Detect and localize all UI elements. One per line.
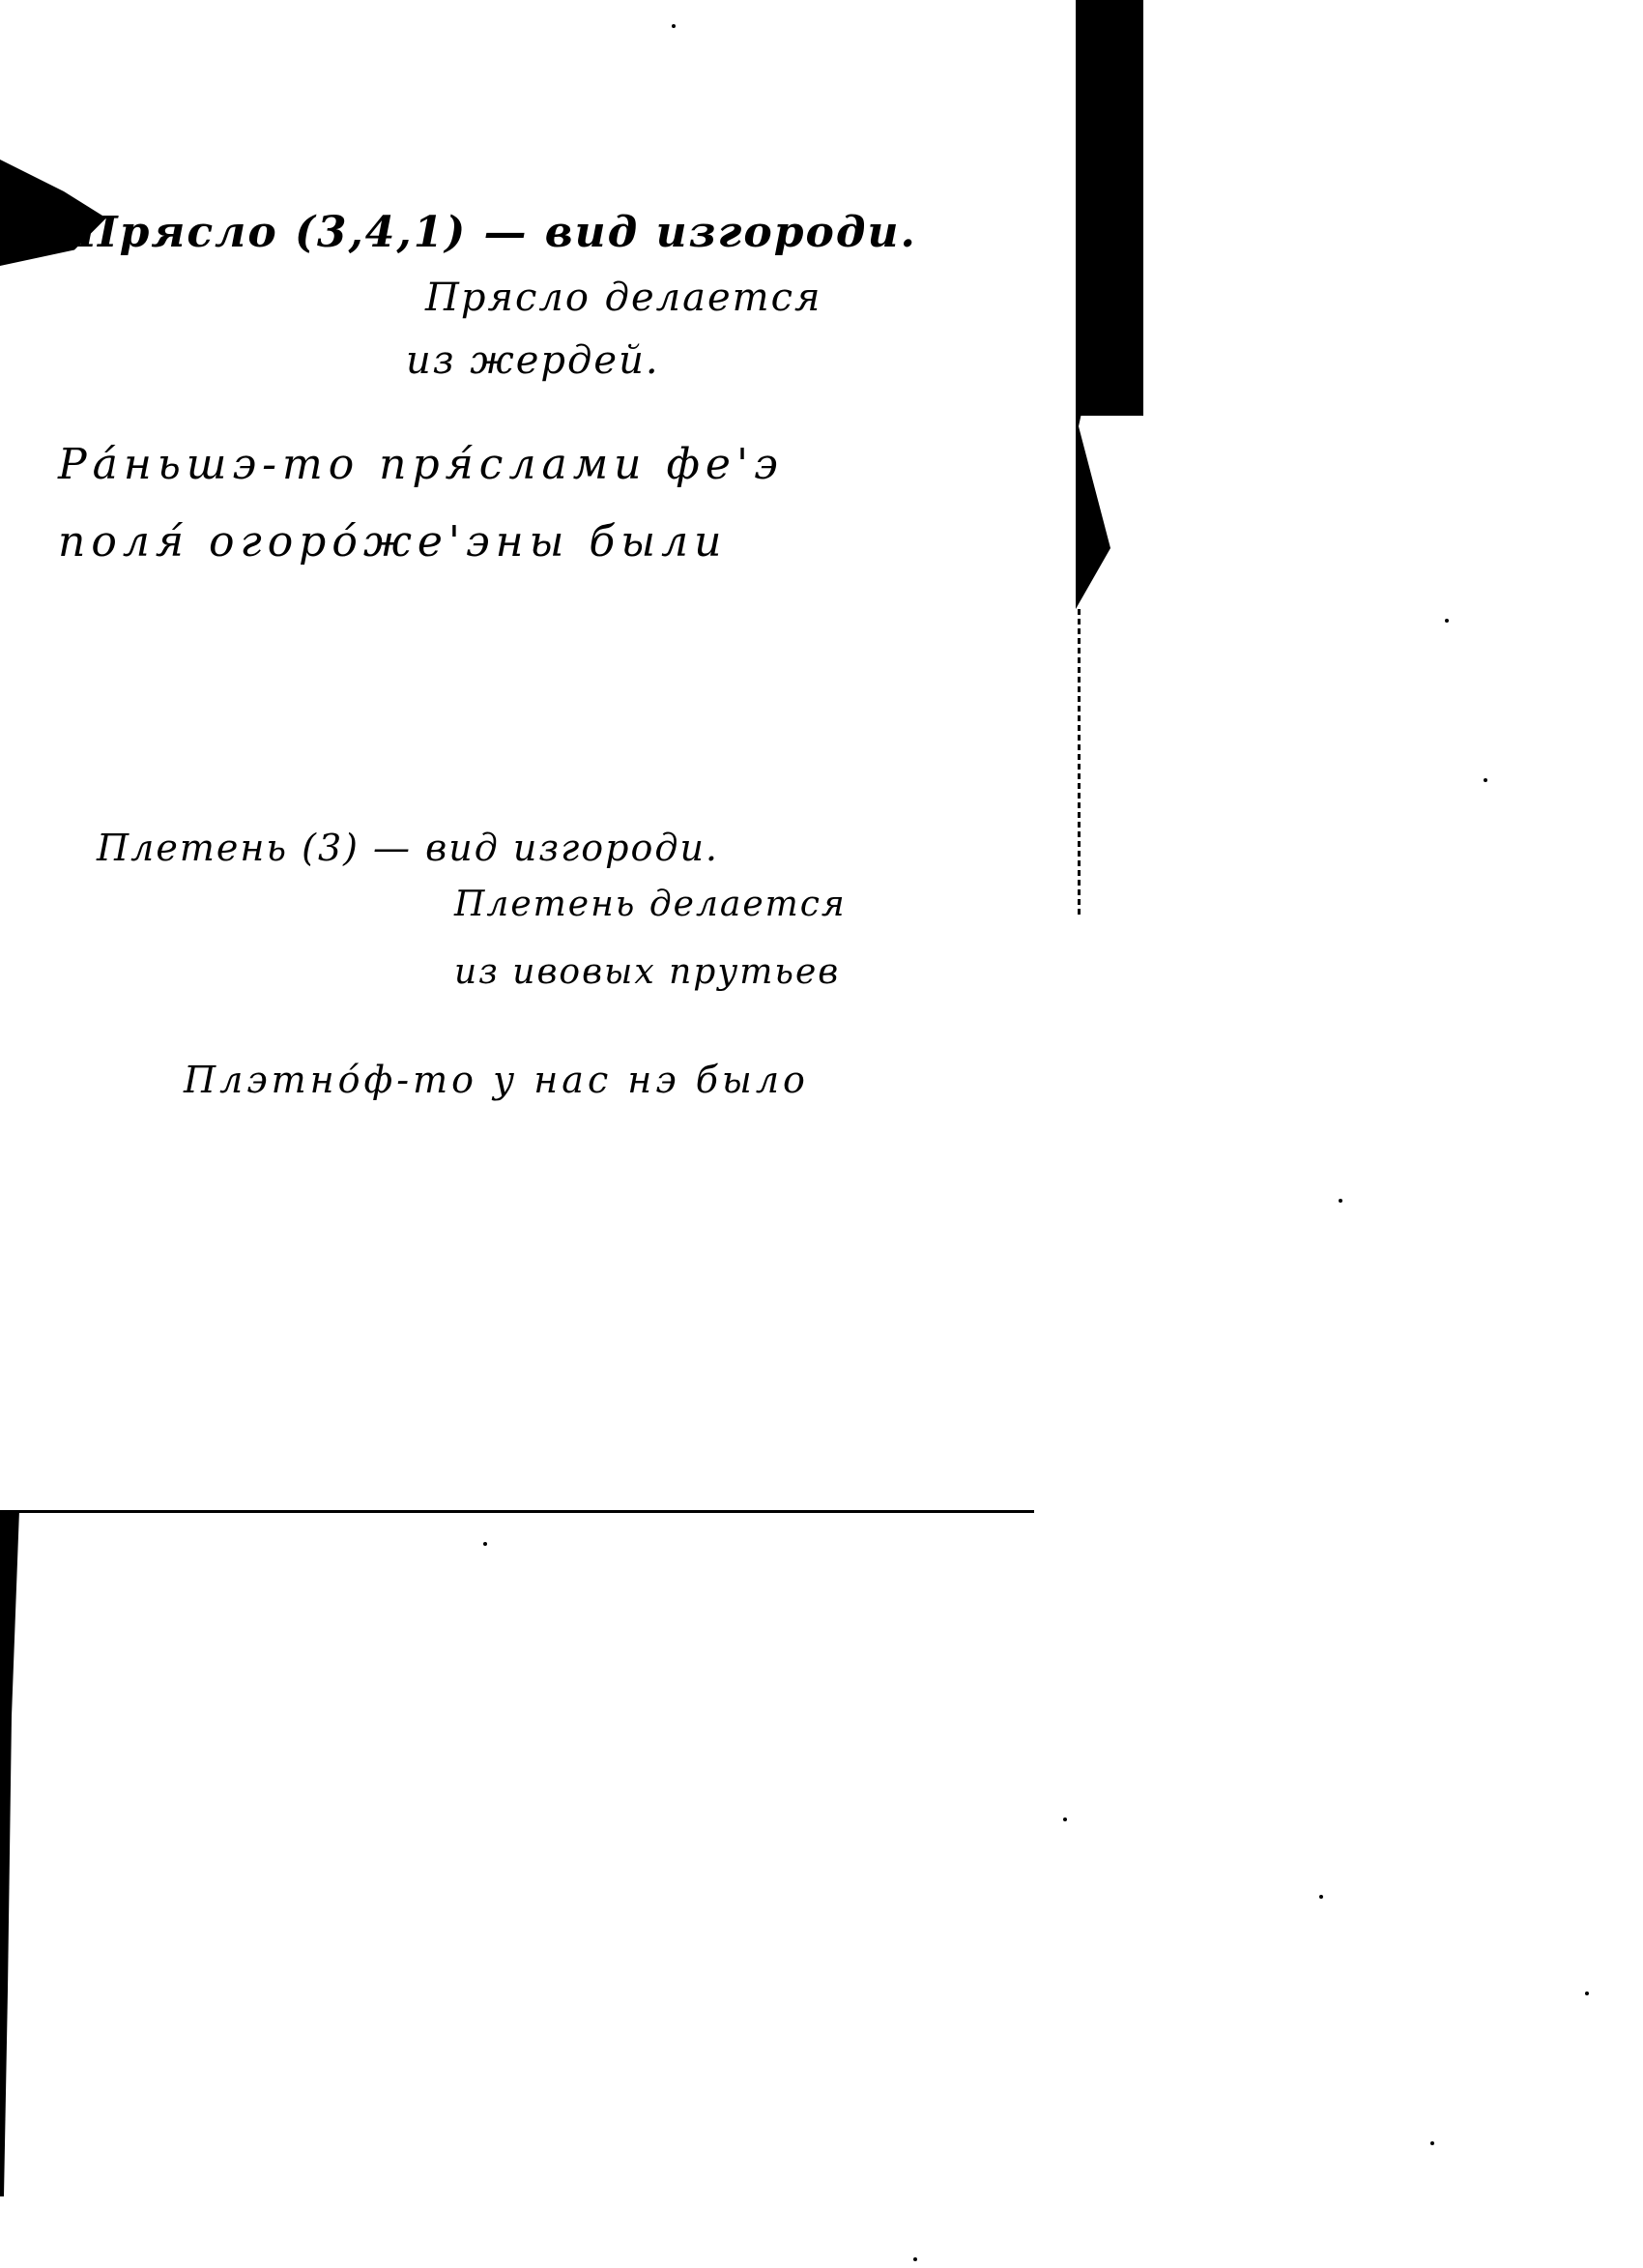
scan-shadow-bottom-left bbox=[0, 1510, 19, 2196]
scan-speck bbox=[913, 2257, 917, 2261]
scan-edge-line-right bbox=[1078, 609, 1081, 918]
entry-2-example-line-1: Плэтно́ф-то у нас нэ было bbox=[184, 1059, 809, 1101]
scan-speck bbox=[1319, 1895, 1323, 1899]
scan-speck bbox=[1484, 778, 1487, 782]
horizontal-divider bbox=[0, 1510, 1034, 1513]
entry-1-example-line-1: Ра́ньшэ-то пря́слами фе'э bbox=[58, 440, 784, 489]
entry-1-example-line-2: поля́ огоро́же'эны были bbox=[58, 517, 727, 567]
entry-1-definition-line-1: Прясло делается bbox=[425, 276, 821, 320]
scan-speck bbox=[672, 24, 676, 28]
entry-2-definition-line-2: из ивовых прутьев bbox=[454, 952, 840, 992]
scan-speck bbox=[483, 1542, 487, 1546]
entry-1-definition-line-2: из жердей. bbox=[406, 338, 660, 383]
scan-speck bbox=[1339, 1199, 1342, 1203]
entry-2-headword: Плетень (3) — вид изгороди. bbox=[97, 827, 719, 869]
scan-speck bbox=[1063, 1817, 1067, 1821]
entry-1-headword: Прясло (3,4,1) — вид изгороди. bbox=[77, 208, 917, 257]
scanned-page: Прясло (3,4,1) — вид изгороди. Прясло де… bbox=[0, 0, 1643, 2268]
scan-speck bbox=[1585, 1992, 1589, 1995]
scan-speck bbox=[1445, 619, 1449, 623]
scan-speck bbox=[1430, 2141, 1434, 2145]
entry-2-definition-line-1: Плетень делается bbox=[454, 885, 847, 924]
